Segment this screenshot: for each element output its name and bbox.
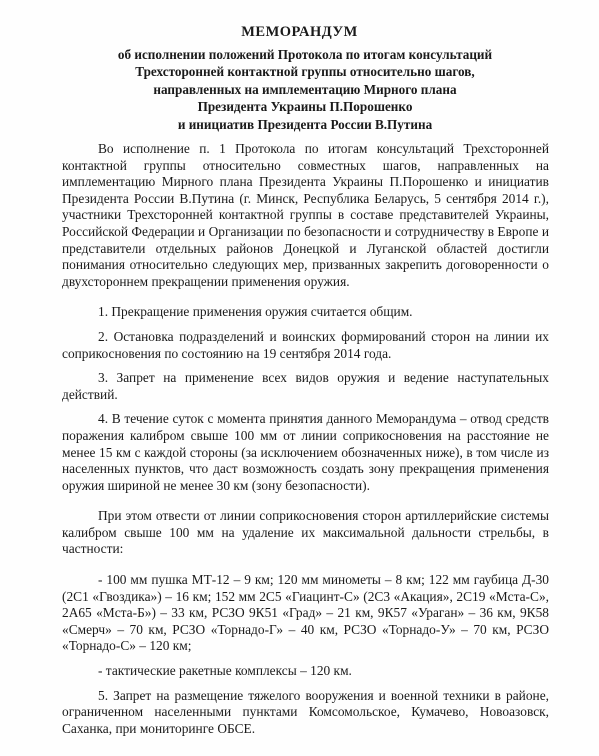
point-4: 4. В течение суток с момента принятия да… [62, 411, 549, 494]
preamble-paragraph: Во исполнение п. 1 Протокола по итогам к… [62, 141, 549, 290]
document-body: Во исполнение п. 1 Протокола по итогам к… [62, 141, 549, 737]
point-5: 5. Запрет на размещение тяжелого вооруже… [62, 688, 549, 738]
artillery-intro-paragraph: При этом отвести от линии соприкосновени… [62, 508, 549, 558]
document-subtitle: об исполнении положений Протокола по ито… [60, 46, 550, 133]
artillery-list-item: - тактические ракетные комплексы – 120 к… [62, 663, 549, 680]
artillery-list-item: - 100 мм пушка МТ-12 – 9 км; 120 мм мино… [62, 572, 549, 655]
subtitle-line: Трехсторонней контактной группы относите… [60, 63, 550, 80]
point-2: 2. Остановка подразделений и воинских фо… [62, 329, 549, 362]
subtitle-line: Президента Украины П.Порошенко [60, 98, 550, 115]
document-page: МЕМОРАНДУМ об исполнении положений Прото… [0, 0, 599, 756]
subtitle-line: направленных на имплементацию Мирного пл… [60, 81, 550, 98]
point-3: 3. Запрет на применение всех видов оружи… [62, 370, 549, 403]
subtitle-line: об исполнении положений Протокола по ито… [60, 46, 550, 63]
subtitle-line: и инициатив Президента России В.Путина [60, 116, 550, 133]
document-title: МЕМОРАНДУМ [0, 24, 599, 41]
point-1: 1. Прекращение применения оружия считает… [62, 304, 549, 321]
